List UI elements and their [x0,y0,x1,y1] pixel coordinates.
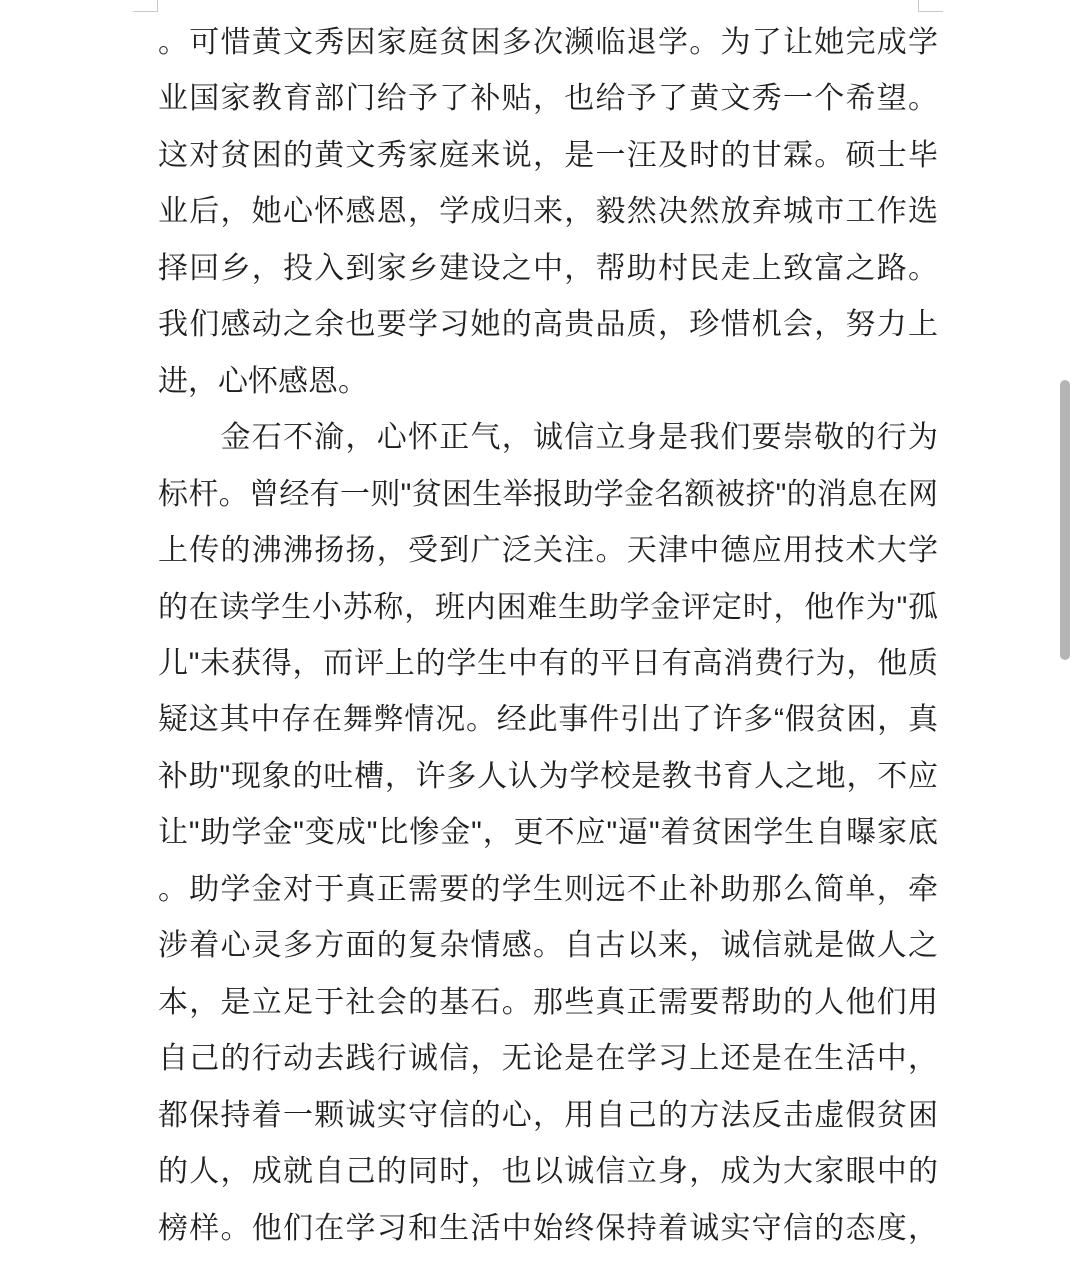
text-line: 我们感动之余也要学习她的高贵品质，珍惜机会，努力上 [158,297,938,353]
text-line: 儿"未获得，而评上的学生中有的平日有高消费行为，他质 [158,636,938,692]
text-line: 疑这其中存在舞弊情况。经此事件引出了许多“假贫困，真 [158,692,938,748]
scrollbar-thumb[interactable] [1060,380,1070,660]
text-line: 这对贫困的黄文秀家庭来说，是一汪及时的甘霖。硕士毕 [158,128,938,184]
text-line: 业国家教育部门给予了补贴，也给予了黄文秀一个希望。 [158,71,938,127]
text-line: 业后，她心怀感恩，学成归来，毅然决然放弃城市工作选 [158,184,938,240]
text-line: 都保持着一颗诚实守信的心，用自己的方法反击虚假贫困 [158,1088,938,1144]
text-line: 的人，成就自己的同时，也以诚信立身，成为大家眼中的 [158,1144,938,1200]
text-line: 自己的行动去践行诚信，无论是在学习上还是在生活中， [158,1031,938,1087]
text-line-paragraph-start: 金石不渝，心怀正气，诚信立身是我们要崇敬的行为 [158,410,938,466]
text-line: 榜样。他们在学习和生活中始终保持着诚实守信的态度， [158,1201,938,1257]
text-line: 补助"现象的吐槽，许多人认为学校是教书育人之地，不应 [158,749,938,805]
text-boundary-mark-right [918,0,943,12]
text-line: 标杆。曾经有一则"贫困生举报助学金名额被挤"的消息在网 [158,467,938,523]
text-boundary-mark-left [133,0,158,12]
text-line: 上传的沸沸扬扬，受到广泛关注。天津中德应用技术大学 [158,523,938,579]
text-line: 让"助学金"变成"比惨金"，更不应"逼"着贫困学生自曝家底 [158,805,938,861]
text-line-paragraph-end: 进，心怀感恩。 [158,354,938,410]
document-page: 。可惜黄文秀因家庭贫困多次濒临退学。为了让她完成学 业国家教育部门给予了补贴，也… [0,0,1080,1271]
text-line: 涉着心灵多方面的复杂情感。自古以来，诚信就是做人之 [158,918,938,974]
text-line: 的在读学生小苏称，班内困难生助学金评定时，他作为"孤 [158,580,938,636]
text-line: 。可惜黄文秀因家庭贫困多次濒临退学。为了让她完成学 [158,15,938,71]
text-line: 。助学金对于真正需要的学生则远不止补助那么简单，牵 [158,862,938,918]
text-line: 本，是立足于社会的基石。那些真正需要帮助的人他们用 [158,975,938,1031]
text-line: 择回乡，投入到家乡建设之中，帮助村民走上致富之路。 [158,241,938,297]
document-body-text: 。可惜黄文秀因家庭贫困多次濒临退学。为了让她完成学 业国家教育部门给予了补贴，也… [158,15,938,1257]
